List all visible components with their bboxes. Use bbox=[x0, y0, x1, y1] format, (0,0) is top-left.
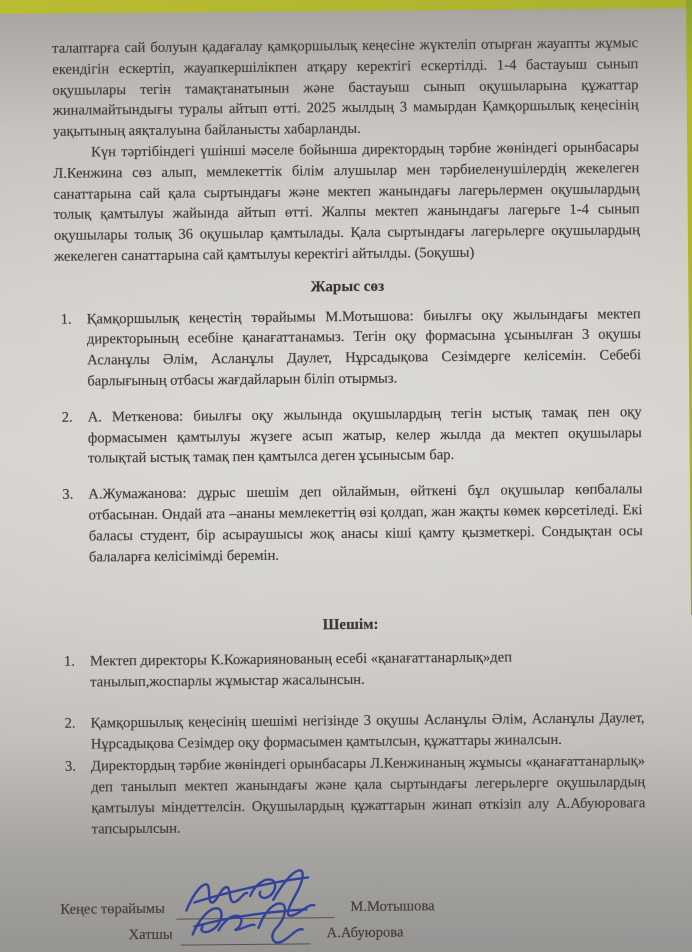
secretary-signature-line bbox=[180, 917, 310, 945]
decision-list: 1. Мектеп директоры К.Кожариянованың есе… bbox=[58, 646, 646, 840]
document-content: талаптарға сай болуын қадағалау қамқоршы… bbox=[52, 33, 647, 946]
item-text: А.Жумажанова: дұрыс шешім деп ойлаймын, … bbox=[88, 479, 643, 568]
speech-item-2: 2. А. Меткенова: биылғы оқу жылында оқуш… bbox=[56, 402, 643, 470]
photo-of-document: талаптарға сай болуын қадағалау қамқоршы… bbox=[0, 0, 692, 952]
decision-item-2: 2. Қамқоршылық кеңесінің шешімі негізінд… bbox=[58, 708, 644, 755]
item-text: Директордың тәрбие жөніндегі орынбасары … bbox=[91, 751, 646, 840]
secretary-label: Хатшы bbox=[61, 924, 177, 946]
item-number: 2. bbox=[58, 713, 90, 755]
item-text: Мектеп директоры К.Кожариянованың есебі … bbox=[90, 647, 552, 693]
item-text: Қамқоршылық кеңесінің шешімі негізінде 3… bbox=[90, 708, 644, 755]
speeches-heading: Жарыс сөз bbox=[54, 274, 640, 300]
intro-paragraph-2: Күн тәртібіндегі үшінші мәселе бойынша д… bbox=[53, 137, 640, 267]
item-text: А. Меткенова: биылғы оқу жылында оқушыла… bbox=[88, 402, 643, 470]
item-text: Қамқоршылық кеңестің төрайымы М.Мотышова… bbox=[87, 304, 642, 393]
speech-item-3: 3. А.Жумажанова: дұрыс шешім деп ойлаймы… bbox=[56, 479, 643, 568]
chair-label: Кеңес төрайымы bbox=[60, 898, 172, 920]
secretary-signature-scribble bbox=[184, 893, 315, 952]
item-number: 1. bbox=[55, 309, 88, 392]
chair-name: М.Мотышова bbox=[350, 896, 434, 918]
speech-list: 1. Қамқоршылық кеңестің төрайымы М.Мотыш… bbox=[55, 304, 643, 568]
signature-block: Кеңес төрайымы М.Мотышова Хатшы bbox=[60, 889, 646, 947]
speech-item-1: 1. Қамқоршылық кеңестің төрайымы М.Мотыш… bbox=[55, 304, 642, 393]
item-number: 1. bbox=[58, 652, 90, 694]
item-number: 2. bbox=[56, 407, 89, 470]
decision-heading: Шешім: bbox=[58, 612, 644, 638]
intro-paragraph-1: талаптарға сай болуын қадағалау қамқоршы… bbox=[52, 33, 639, 143]
item-number: 3. bbox=[56, 485, 89, 568]
secretary-name: А.Абуюрова bbox=[327, 922, 404, 944]
decision-item-3: 3. Директордың тәрбие жөніндегі орынбаса… bbox=[59, 751, 646, 840]
item-number: 3. bbox=[59, 757, 92, 840]
decision-item-1: 1. Мектеп директоры К.Кожариянованың есе… bbox=[58, 646, 644, 693]
